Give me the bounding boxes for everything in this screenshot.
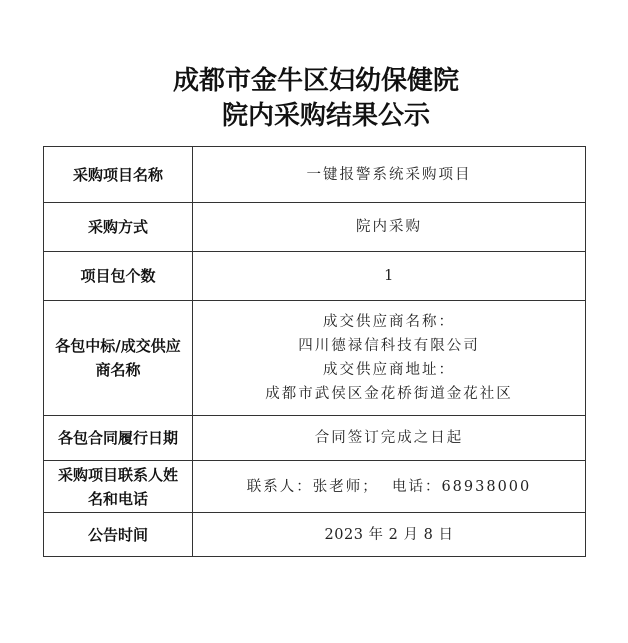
table-row: 公告时间 2023 年 2 月 8 日 [44,513,586,557]
row-value-supplier: 成交供应商名称： 四川德禄信科技有限公司 成交供应商地址： 成都市武侯区金花桥街… [193,301,586,416]
row-label-contact-line2: 名和电话 [44,487,192,511]
row-label-contact-line1: 采购项目联系人姓 [44,463,192,487]
procurement-result-table: 采购项目名称 一键报警系统采购项目 采购方式 院内采购 项目包个数 1 各包中标… [43,146,586,557]
row-value-announcement-date: 2023 年 2 月 8 日 [193,513,586,557]
supplier-name-label: 成交供应商名称： [193,310,585,334]
row-value-contact: 联系人：张老师； 电话：68938000 [193,461,586,513]
table-row: 采购项目名称 一键报警系统采购项目 [44,147,586,203]
row-value-package-count: 1 [193,252,586,301]
supplier-name: 四川德禄信科技有限公司 [193,334,585,358]
supplier-address: 成都市武侯区金花桥街道金花社区 [193,382,585,406]
table-row: 各包中标/成交供应 商名称 成交供应商名称： 四川德禄信科技有限公司 成交供应商… [44,301,586,416]
row-label-contract-date: 各包合同履行日期 [44,416,193,461]
row-value-contract-date: 合同签订完成之日起 [193,416,586,461]
row-label-package-count: 项目包个数 [44,252,193,301]
table-row: 各包合同履行日期 合同签订完成之日起 [44,416,586,461]
table-row: 项目包个数 1 [44,252,586,301]
table-row: 采购方式 院内采购 [44,203,586,252]
row-label-supplier-line2: 商名称 [44,358,192,382]
row-label-supplier: 各包中标/成交供应 商名称 [44,301,193,416]
row-label-supplier-line1: 各包中标/成交供应 [44,334,192,358]
row-label-announcement-date: 公告时间 [44,513,193,557]
row-value-project-name: 一键报警系统采购项目 [193,147,586,203]
row-label-contact: 采购项目联系人姓 名和电话 [44,461,193,513]
row-label-procurement-method: 采购方式 [44,203,193,252]
row-value-procurement-method: 院内采购 [193,203,586,252]
row-label-project-name: 采购项目名称 [44,147,193,203]
table-row: 采购项目联系人姓 名和电话 联系人：张老师； 电话：68938000 [44,461,586,513]
supplier-address-label: 成交供应商地址： [193,358,585,382]
page-title-line2: 院内采购结果公示 [12,95,628,132]
page-title-line1: 成都市金牛区妇幼保健院 [2,60,628,97]
